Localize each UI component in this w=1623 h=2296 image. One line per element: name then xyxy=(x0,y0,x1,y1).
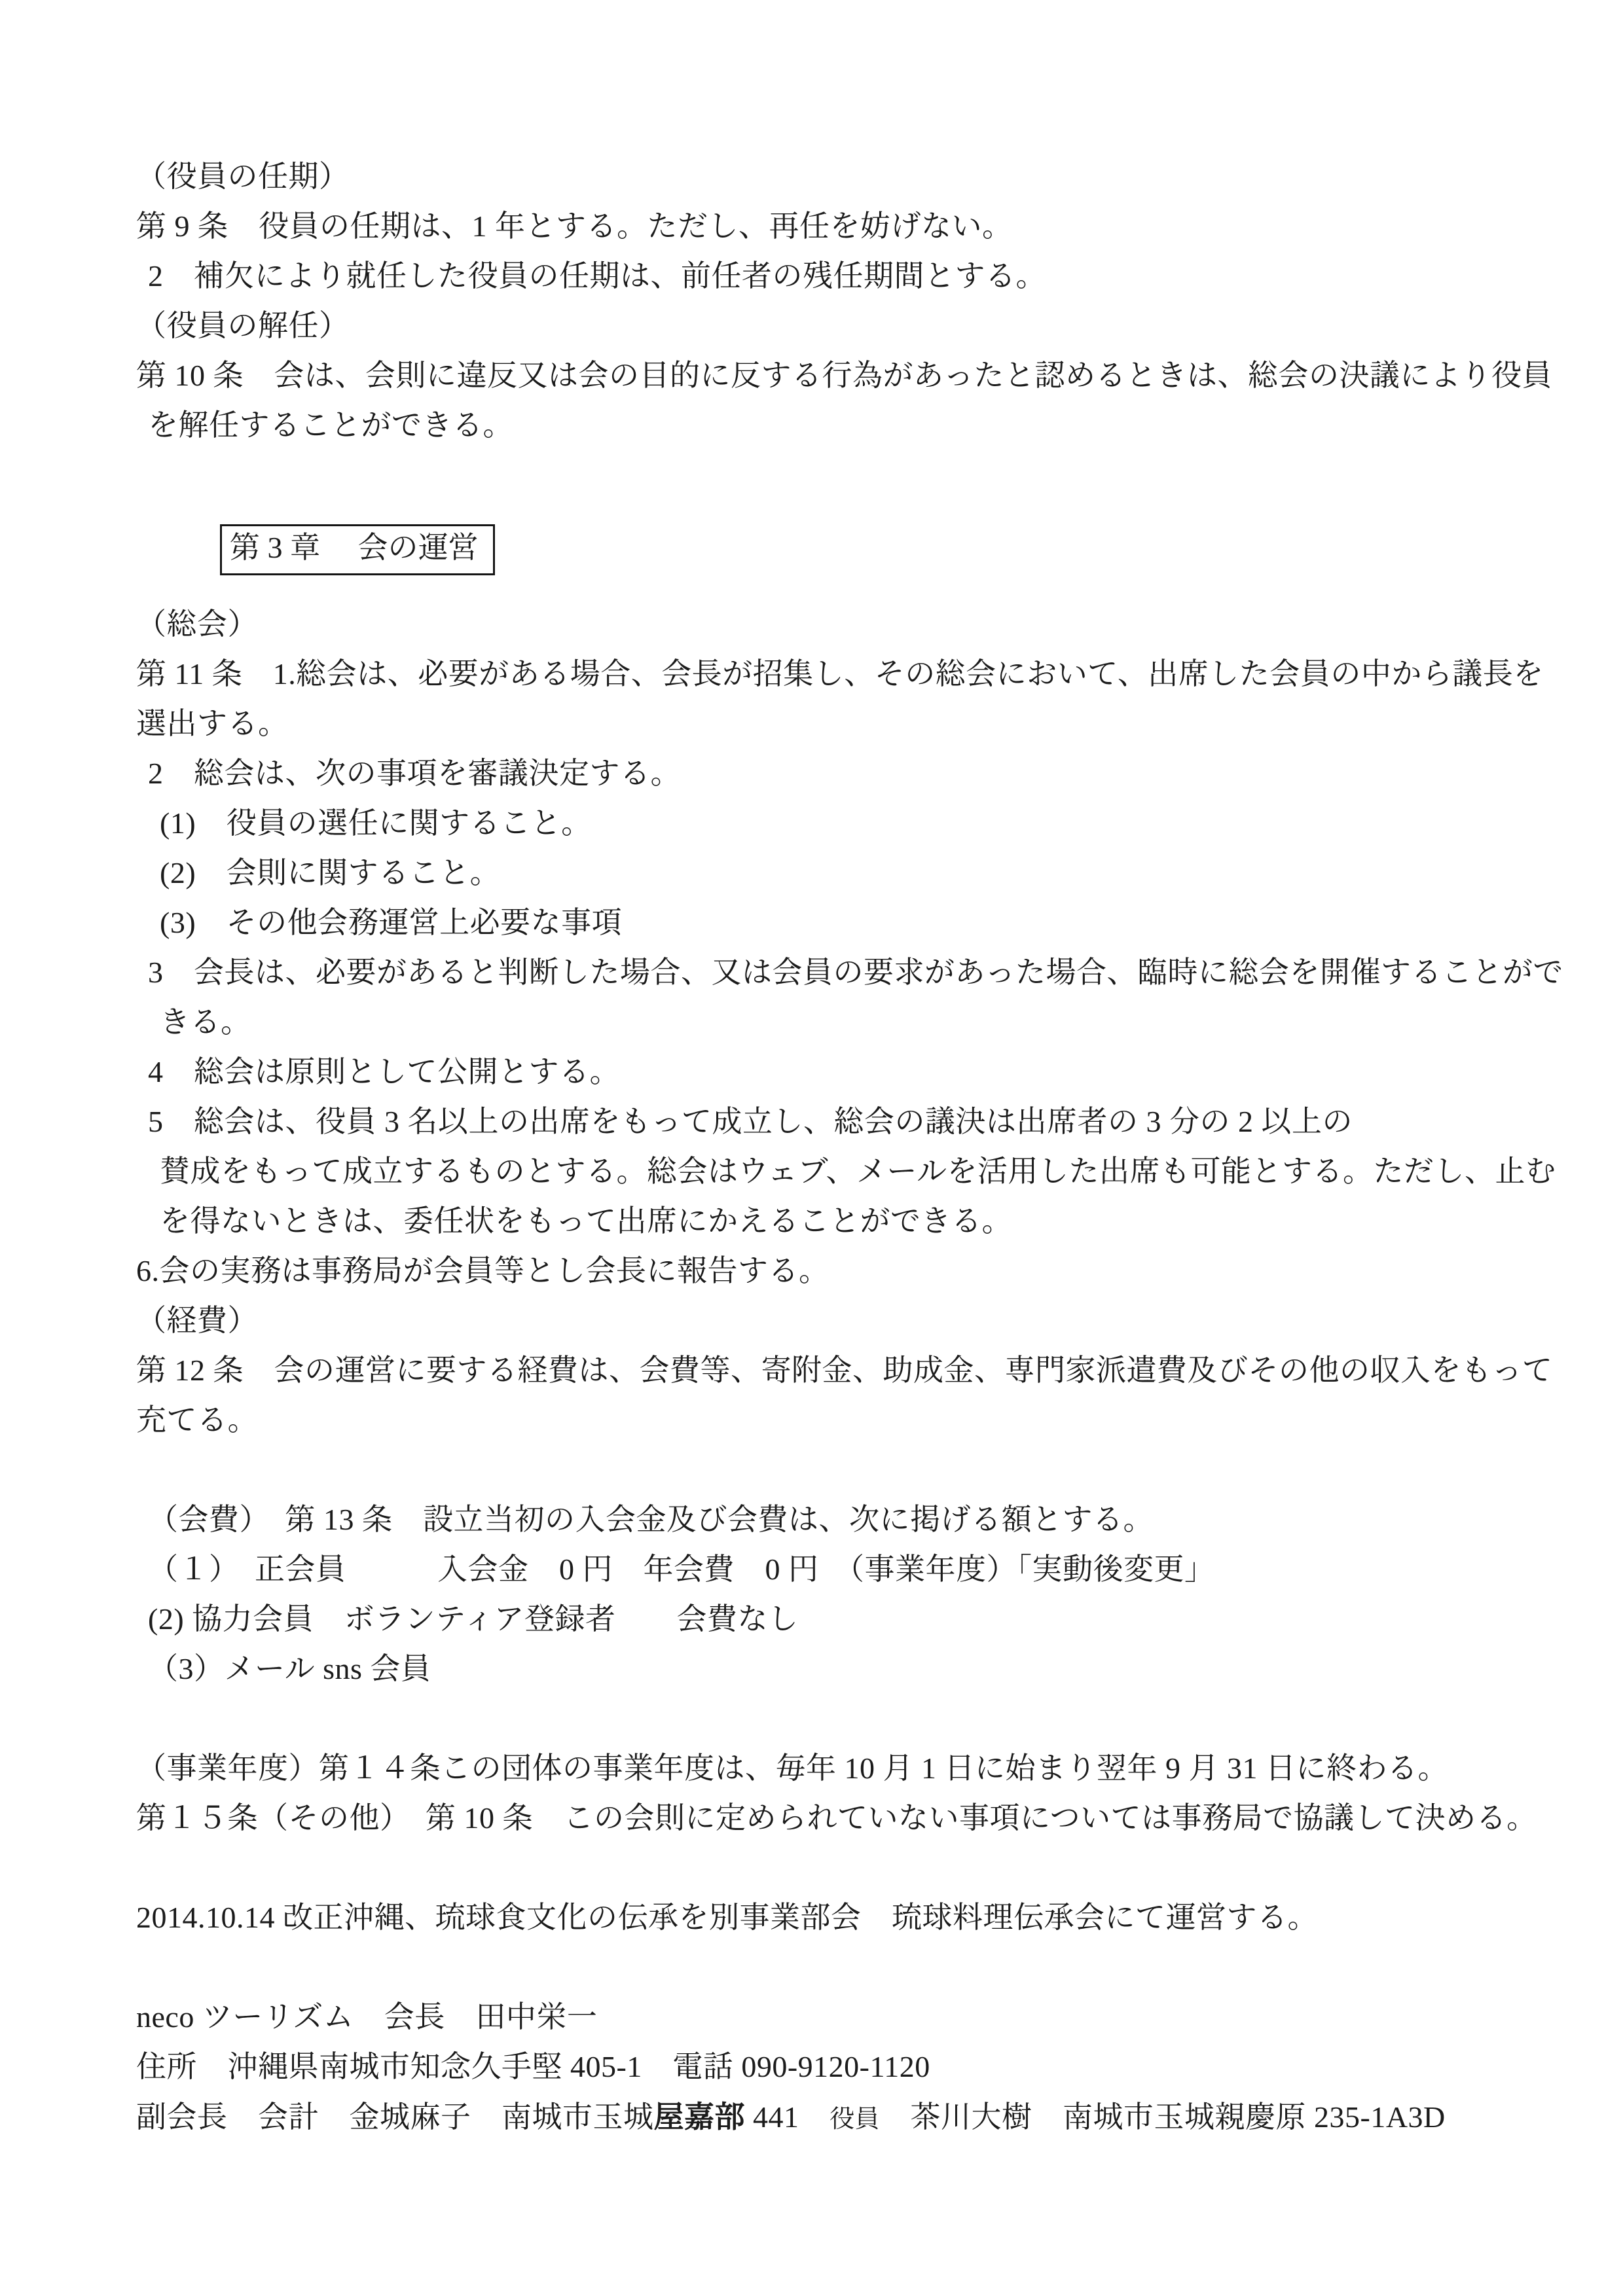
text-line: （3）メール sns 会員 xyxy=(136,1644,1511,1694)
blank-line xyxy=(136,450,1511,500)
text-line: (2) 会則に関すること。 xyxy=(136,848,1511,898)
chapter-heading-line: 第 3 章 会の運営 xyxy=(136,500,1511,600)
text-line: （経費） xyxy=(136,1296,1511,1346)
text-line: 充てる。 xyxy=(136,1395,1511,1445)
document-body: （役員の任期）第 9 条 役員の任期は、1 年とする。ただし、再任を妨げない。2… xyxy=(136,152,1511,2142)
text-line: 住所 沖縄県南城市知念久手堅 405-1 電話 090-9120-1120 xyxy=(136,2042,1511,2092)
text-line: きる。 xyxy=(136,997,1511,1047)
blank-line xyxy=(136,1694,1511,1744)
text-line: 第 12 条 会の運営に要する経費は、会費等、寄附金、助成金、専門家派遣費及びそ… xyxy=(136,1346,1511,1395)
text-line: 3 会長は、必要があると判断した場合、又は会員の要求があった場合、臨時に総会を開… xyxy=(136,948,1511,997)
blank-line xyxy=(136,1445,1511,1495)
text-line: 副会長 会計 金城麻子 南城市玉城屋嘉部 441 役員 茶川大樹 南城市玉城親慶… xyxy=(136,2092,1511,2142)
text-line: （１） 正会員 入会金 0 円 年会費 0 円 （事業年度）「実動後変更」 xyxy=(136,1545,1511,1594)
text-line: （総会） xyxy=(136,600,1511,649)
text-line: (3) その他会務運営上必要な事項 xyxy=(136,898,1511,948)
text-line: （事業年度）第１４条この団体の事業年度は、毎年 10 月 1 日に始まり翌年 9… xyxy=(136,1744,1511,1793)
text-line: （会費） 第 13 条 設立当初の入会金及び会費は、次に掲げる額とする。 xyxy=(136,1495,1511,1545)
text-segment: 屋嘉部 xyxy=(654,2100,746,2134)
chapter-heading-box: 第 3 章 会の運営 xyxy=(220,524,495,575)
text-line: 賛成をもって成立するものとする。総会はウェブ、メールを活用した出席も可能とする。… xyxy=(136,1147,1511,1196)
text-line: 第１５条（その他） 第 10 条 この会則に定められていない事項については事務局… xyxy=(136,1793,1511,1843)
text-line: 2 総会は、次の事項を審議決定する。 xyxy=(136,749,1511,798)
text-line: 選出する。 xyxy=(136,699,1511,749)
text-line: 2 補欠により就任した役員の任期は、前任者の残任期間とする。 xyxy=(136,251,1511,301)
text-line: (2) 協力会員 ボランティア登録者 会費なし xyxy=(136,1594,1511,1644)
text-segment: 茶川大樹 南城市玉城親慶原 235-1A3D xyxy=(880,2100,1446,2134)
text-line: （役員の解任） xyxy=(136,301,1511,351)
text-segment: 役員 xyxy=(830,2106,880,2133)
text-line: 6.会の実務は事務局が会員等とし会長に報告する。 xyxy=(136,1246,1511,1296)
text-line: 4 総会は原則として公開とする。 xyxy=(136,1047,1511,1097)
blank-line xyxy=(136,1843,1511,1893)
text-segment: 441 xyxy=(745,2100,799,2134)
text-line: （役員の任期） xyxy=(136,152,1511,202)
text-line: を解任することができる。 xyxy=(136,401,1511,450)
text-line: 第 9 条 役員の任期は、1 年とする。ただし、再任を妨げない。 xyxy=(136,202,1511,251)
blank-line xyxy=(136,1943,1511,1992)
document-page: （役員の任期）第 9 条 役員の任期は、1 年とする。ただし、再任を妨げない。2… xyxy=(0,0,1623,2296)
text-segment: 副会長 会計 金城麻子 南城市玉城 xyxy=(136,2100,654,2134)
text-line: neco ツーリズム 会長 田中栄一 xyxy=(136,1992,1511,2042)
text-line: 第 11 条 1.総会は、必要がある場合、会長が招集し、その総会において、出席し… xyxy=(136,649,1511,699)
text-line: 第 10 条 会は、会則に違反又は会の目的に反する行為があったと認めるときは、総… xyxy=(136,351,1511,401)
text-segment xyxy=(799,2100,830,2134)
text-line: 5 総会は、役員 3 名以上の出席をもって成立し、総会の議決は出席者の 3 分の… xyxy=(136,1097,1511,1147)
text-line: を得ないときは、委任状をもって出席にかえることができる。 xyxy=(136,1196,1511,1246)
text-line: (1) 役員の選任に関すること。 xyxy=(136,798,1511,848)
text-line: 2014.10.14 改正沖縄、琉球食文化の伝承を別事業部会 琉球料理伝承会にて… xyxy=(136,1893,1511,1943)
